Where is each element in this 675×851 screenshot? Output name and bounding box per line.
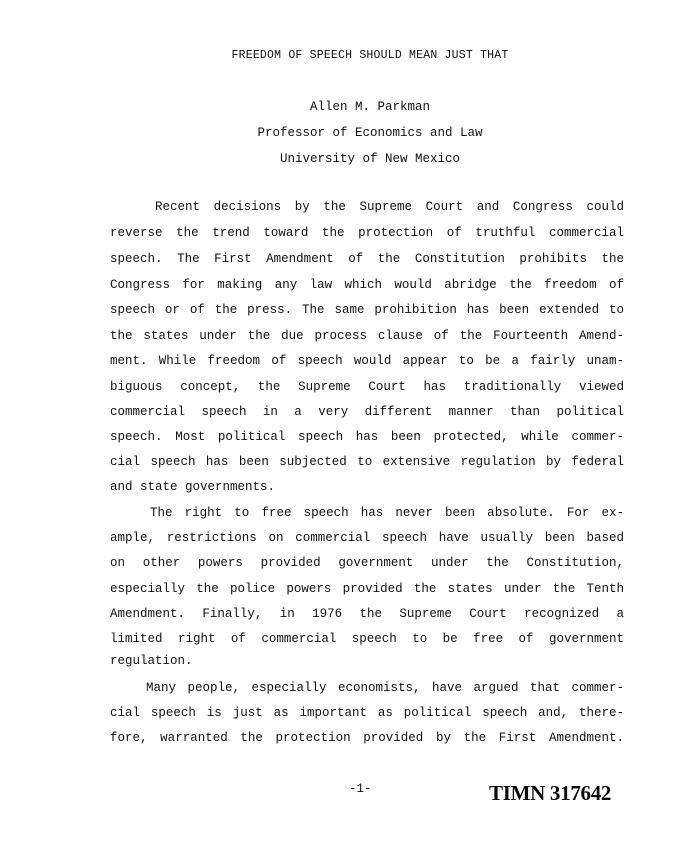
paragraph-1-line: and state governments. xyxy=(110,479,624,495)
paragraph-1-line: Congress for making any law which would … xyxy=(110,277,624,293)
paragraph-2-line: ample, restrictions on commercial speech… xyxy=(110,530,624,546)
page-number: -1- xyxy=(349,782,372,796)
author-institution: University of New Mexico xyxy=(0,152,675,166)
paragraph-1-line: biguous concept, the Supreme Court has t… xyxy=(110,379,624,395)
paragraph-2-line: limited right of commercial speech to be… xyxy=(110,631,624,647)
document-page: FREEDOM OF SPEECH SHOULD MEAN JUST THAT … xyxy=(0,0,675,851)
paragraph-1-line: ment. While freedom of speech would appe… xyxy=(110,353,624,369)
document-title: FREEDOM OF SPEECH SHOULD MEAN JUST THAT xyxy=(0,49,675,62)
paragraph-1-line: Recent decisions by the Supreme Court an… xyxy=(155,199,624,215)
bates-number: TIMN 317642 xyxy=(489,781,611,806)
paragraph-1-line: commercial speech in a very different ma… xyxy=(110,404,624,420)
paragraph-2-line: on other powers provided government unde… xyxy=(110,555,624,571)
paragraph-1-line: the states under the due process clause … xyxy=(110,328,624,344)
paragraph-2-line: The right to free speech has never been … xyxy=(150,505,624,521)
paragraph-3-line: fore, warranted the protection provided … xyxy=(110,730,624,746)
author-position: Professor of Economics and Law xyxy=(0,126,675,140)
paragraph-2-line: especially the police powers provided th… xyxy=(110,581,624,597)
paragraph-1-line: speech. The First Amendment of the Const… xyxy=(110,251,624,267)
paragraph-1-line: reverse the trend toward the protection … xyxy=(110,225,624,241)
paragraph-3-line: cial speech is just as important as poli… xyxy=(110,705,624,721)
paragraph-1-line: speech. Most political speech has been p… xyxy=(110,429,624,445)
author-name: Allen M. Parkman xyxy=(0,100,675,114)
paragraph-1-line: cial speech has been subjected to extens… xyxy=(110,454,624,470)
paragraph-2-line: regulation. xyxy=(110,653,624,669)
paragraph-3-line: Many people, especially economists, have… xyxy=(146,680,624,696)
paragraph-2-line: Amendment. Finally, in 1976 the Supreme … xyxy=(110,606,624,622)
paragraph-1-line: speech or of the press. The same prohibi… xyxy=(110,302,624,318)
